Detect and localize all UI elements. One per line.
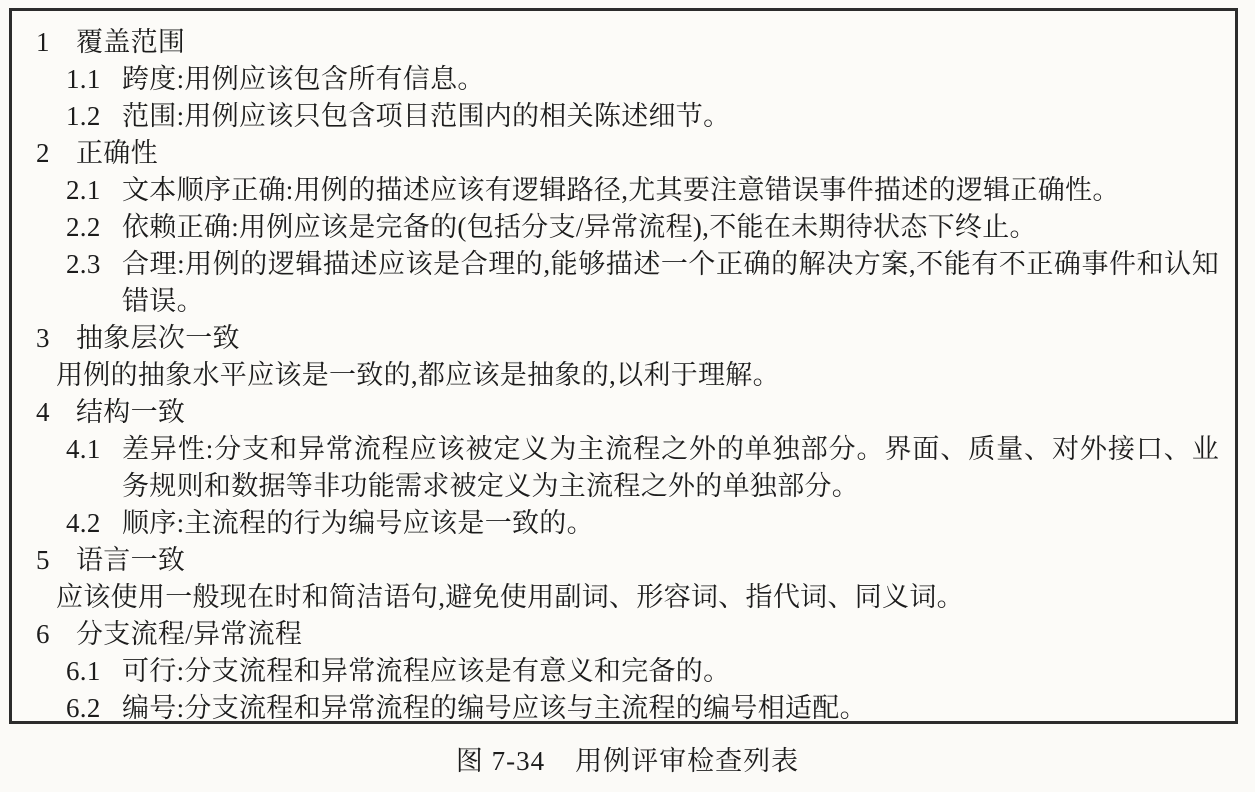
figure-caption: 图 7-34 用例评审检查列表	[0, 742, 1255, 780]
item-number: 4.2	[66, 505, 122, 542]
item-text: 顺序:主流程的行为编号应该是一致的。	[122, 505, 1219, 542]
checklist-item-2-3: 2.3 合理:用例的逻辑描述应该是合理的,能够描述一个正确的解决方案,不能有不正…	[66, 246, 1219, 320]
section-title: 结构一致	[76, 394, 1219, 431]
section-body-text: 应该使用一般现在时和简洁语句,避免使用副词、形容词、指代词、同义词。	[56, 579, 1219, 616]
item-text: 合理:用例的逻辑描述应该是合理的,能够描述一个正确的解决方案,不能有不正确事件和…	[122, 246, 1219, 320]
section-number: 4	[36, 394, 76, 431]
item-number: 1.2	[66, 98, 122, 135]
item-text: 跨度:用例应该包含所有信息。	[122, 61, 1219, 98]
section-title: 抽象层次一致	[76, 320, 1219, 357]
checklist-item-6-1: 6.1 可行:分支流程和异常流程应该是有意义和完备的。	[66, 653, 1219, 690]
checklist-item-2-2: 2.2 依赖正确:用例应该是完备的(包括分支/异常流程),不能在未期待状态下终止…	[66, 209, 1219, 246]
item-text: 依赖正确:用例应该是完备的(包括分支/异常流程),不能在未期待状态下终止。	[122, 209, 1219, 246]
section-title: 语言一致	[76, 542, 1219, 579]
checklist-box: 1 覆盖范围 1.1 跨度:用例应该包含所有信息。 1.2 范围:用例应该只包含…	[9, 8, 1238, 724]
section-heading-3: 3 抽象层次一致	[36, 320, 1219, 357]
figure-caption-label: 图 7-34	[456, 742, 545, 780]
checklist-item-4-2: 4.2 顺序:主流程的行为编号应该是一致的。	[66, 505, 1219, 542]
section-number: 1	[36, 24, 76, 61]
item-text: 可行:分支流程和异常流程应该是有意义和完备的。	[122, 653, 1219, 690]
section-number: 2	[36, 135, 76, 172]
section-title: 覆盖范围	[76, 24, 1219, 61]
section-title: 分支流程/异常流程	[76, 616, 1219, 653]
scanned-book-page: 1 覆盖范围 1.1 跨度:用例应该包含所有信息。 1.2 范围:用例应该只包含…	[0, 0, 1255, 792]
section-heading-1: 1 覆盖范围	[36, 24, 1219, 61]
section-body-5: 应该使用一般现在时和简洁语句,避免使用副词、形容词、指代词、同义词。	[56, 579, 1219, 616]
item-text: 范围:用例应该只包含项目范围内的相关陈述细节。	[122, 98, 1219, 135]
section-body-3: 用例的抽象水平应该是一致的,都应该是抽象的,以利于理解。	[56, 357, 1219, 394]
item-number: 6.2	[66, 690, 122, 727]
item-number: 4.1	[66, 431, 122, 468]
checklist-item-2-1: 2.1 文本顺序正确:用例的描述应该有逻辑路径,尤其要注意错误事件描述的逻辑正确…	[66, 172, 1219, 209]
item-number: 2.1	[66, 172, 122, 209]
section-heading-2: 2 正确性	[36, 135, 1219, 172]
section-body-text: 用例的抽象水平应该是一致的,都应该是抽象的,以利于理解。	[56, 357, 1219, 394]
checklist-item-1-1: 1.1 跨度:用例应该包含所有信息。	[66, 61, 1219, 98]
item-text: 文本顺序正确:用例的描述应该有逻辑路径,尤其要注意错误事件描述的逻辑正确性。	[122, 172, 1219, 209]
item-text: 编号:分支流程和异常流程的编号应该与主流程的编号相适配。	[122, 690, 1219, 727]
item-number: 2.3	[66, 246, 122, 283]
checklist-item-1-2: 1.2 范围:用例应该只包含项目范围内的相关陈述细节。	[66, 98, 1219, 135]
checklist-item-4-1: 4.1 差异性:分支和异常流程应该被定义为主流程之外的单独部分。界面、质量、对外…	[66, 431, 1219, 505]
section-number: 6	[36, 616, 76, 653]
figure-caption-title: 用例评审检查列表	[575, 742, 799, 780]
item-number: 6.1	[66, 653, 122, 690]
section-number: 5	[36, 542, 76, 579]
item-number: 2.2	[66, 209, 122, 246]
section-title: 正确性	[76, 135, 1219, 172]
section-number: 3	[36, 320, 76, 357]
section-heading-5: 5 语言一致	[36, 542, 1219, 579]
item-text: 差异性:分支和异常流程应该被定义为主流程之外的单独部分。界面、质量、对外接口、业…	[122, 431, 1219, 505]
section-heading-4: 4 结构一致	[36, 394, 1219, 431]
checklist-item-6-2: 6.2 编号:分支流程和异常流程的编号应该与主流程的编号相适配。	[66, 690, 1219, 727]
section-heading-6: 6 分支流程/异常流程	[36, 616, 1219, 653]
item-number: 1.1	[66, 61, 122, 98]
